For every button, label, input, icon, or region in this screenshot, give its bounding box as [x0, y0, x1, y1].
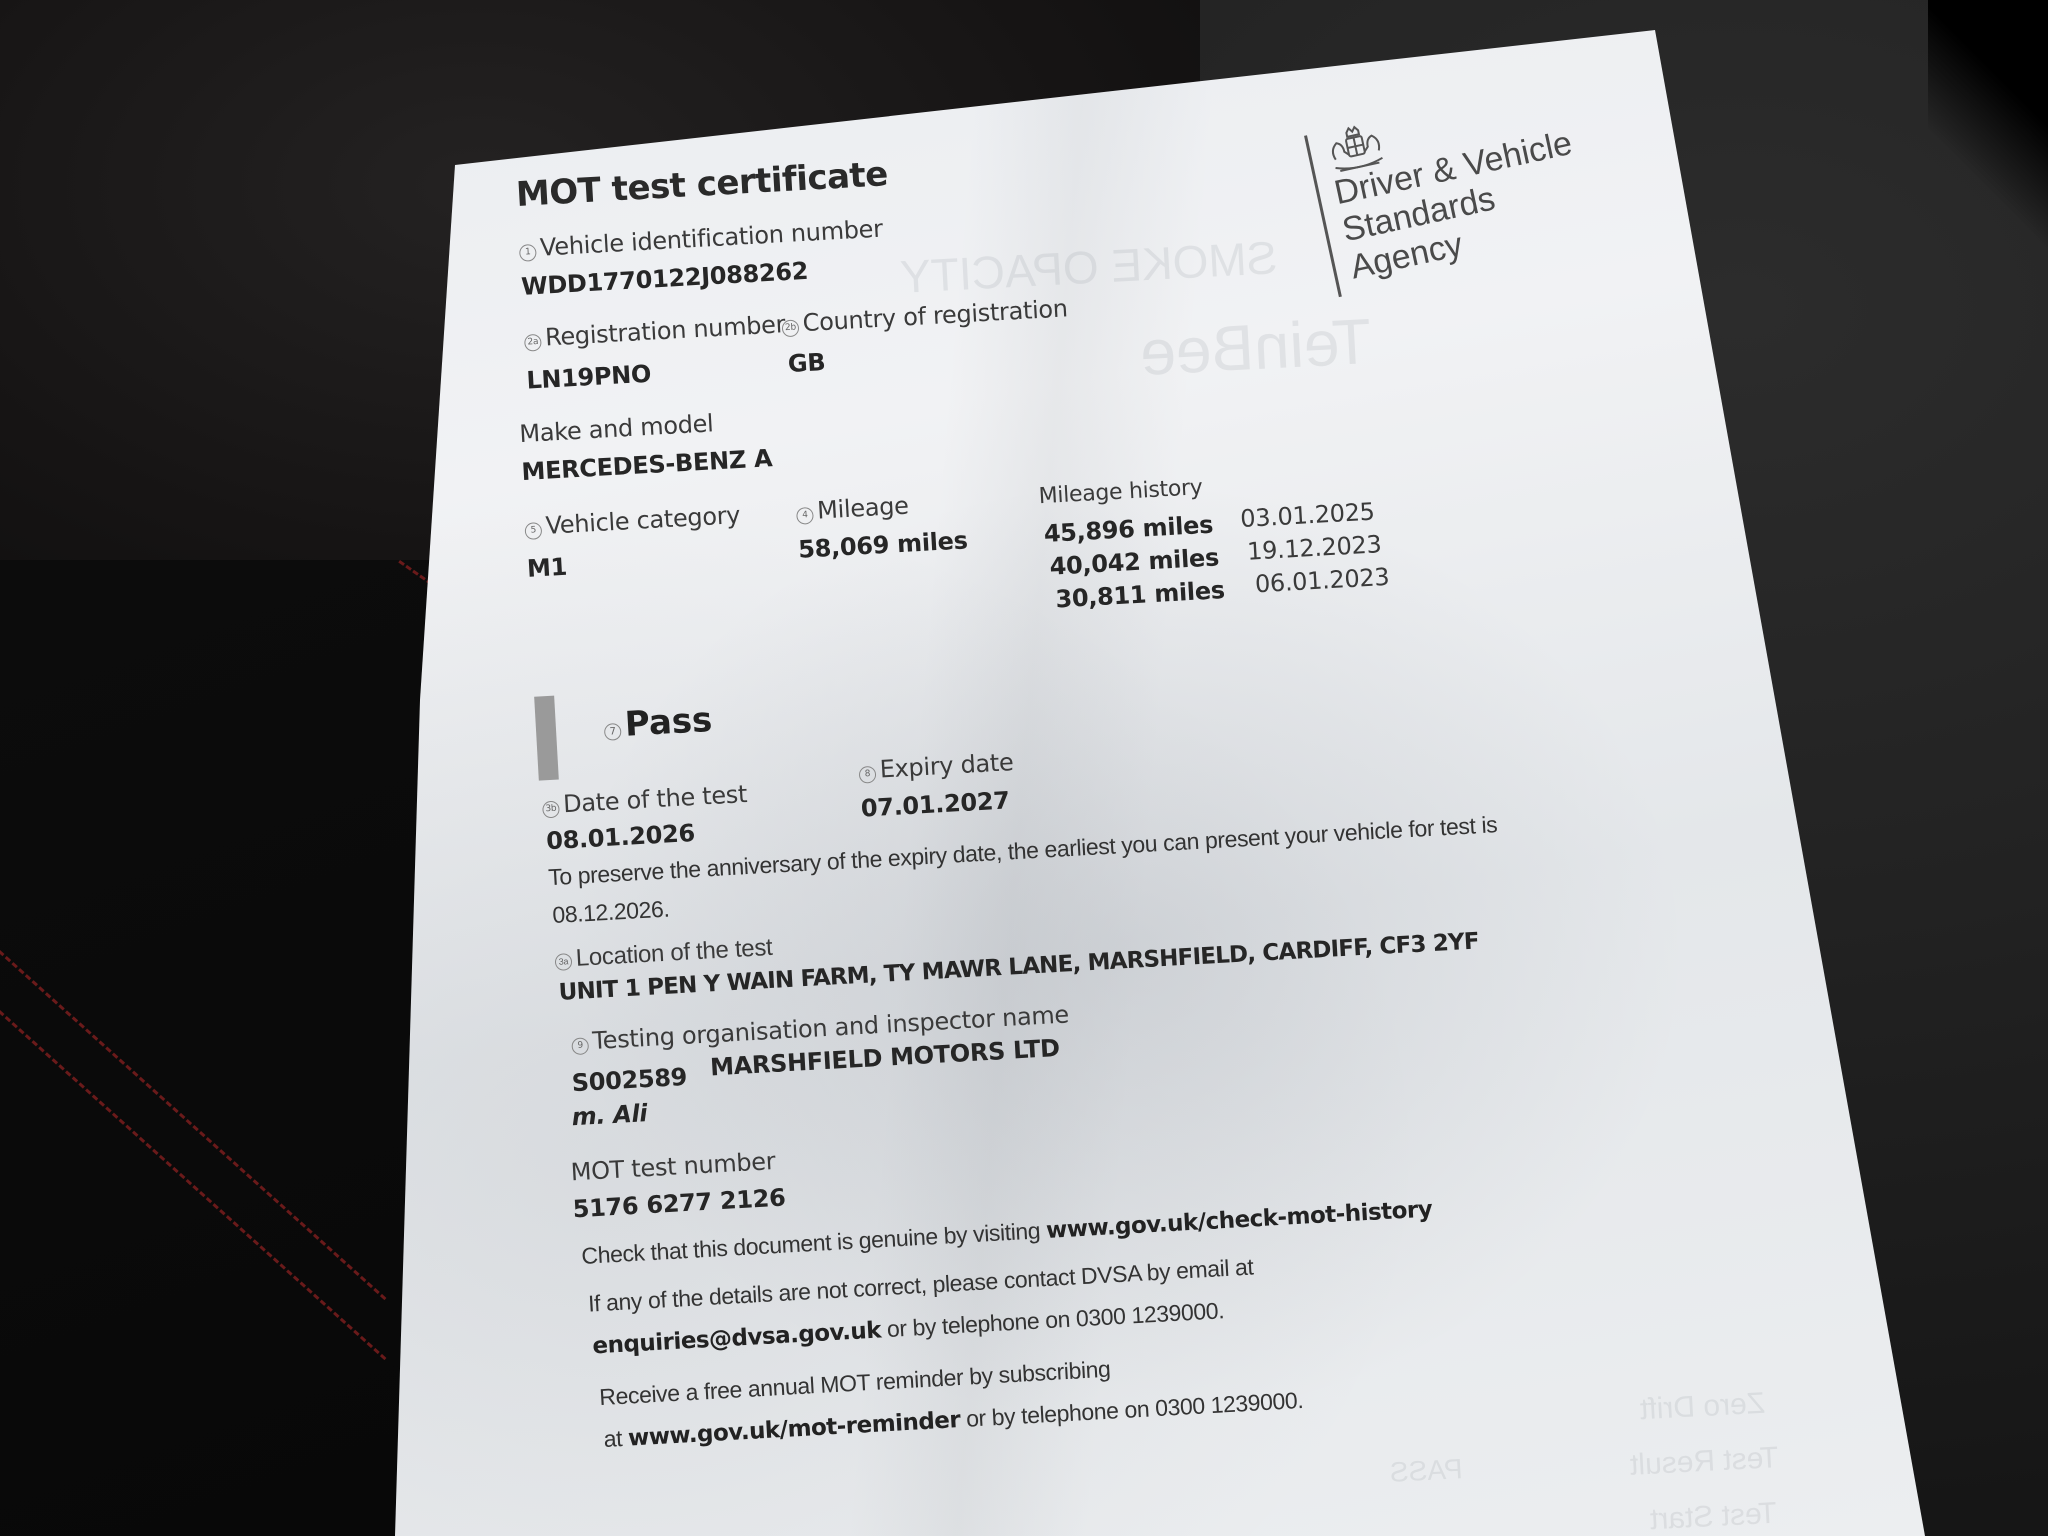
- field-ref-badge: 1: [519, 244, 537, 262]
- show-through-text: TeinBee: [1138, 304, 1373, 390]
- country-value: GB: [787, 348, 826, 378]
- result-pass: 7Pass: [603, 700, 714, 746]
- field-ref-badge: 5: [524, 522, 542, 540]
- field-ref-badge: 3a: [555, 953, 573, 971]
- show-through-text: Zero Drift: [1639, 1387, 1766, 1427]
- field-ref-badge: 3b: [542, 801, 560, 819]
- reminder-at-text: at: [603, 1425, 623, 1452]
- field-ref-badge: 2b: [782, 319, 800, 337]
- show-through-text: PASS: [1389, 1453, 1463, 1489]
- field-ref-badge: 4: [796, 507, 814, 525]
- field-ref-badge: 7: [604, 723, 622, 741]
- category-value: M1: [526, 553, 567, 583]
- result-label: Pass: [624, 700, 714, 745]
- show-through-text: Test Start: [1649, 1497, 1777, 1536]
- field-ref-badge: 8: [859, 766, 877, 784]
- field-ref-badge: 2a: [524, 334, 542, 352]
- mileage-label-text: Mileage: [816, 492, 909, 525]
- inspector-name: m. Ali: [571, 1099, 648, 1131]
- field-ref-badge: 9: [571, 1037, 589, 1055]
- seat-edge-shadow: [1928, 0, 2048, 300]
